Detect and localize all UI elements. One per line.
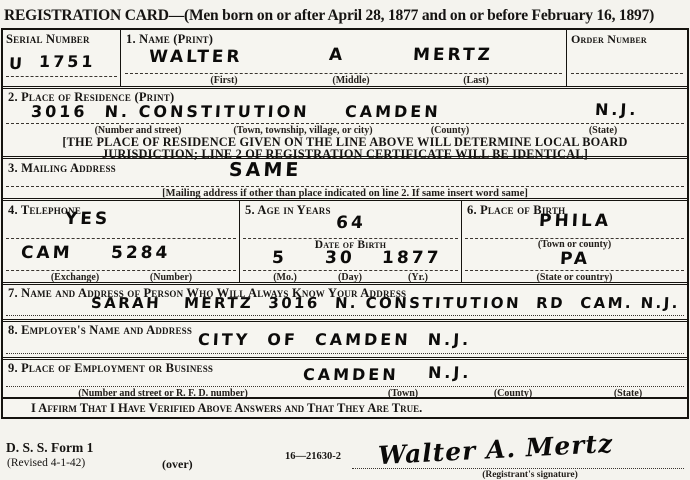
form-number: D. S. S. Form 1 — [6, 440, 93, 456]
employer-label: 8. Employer's Name and Address — [8, 323, 192, 338]
telephone-fill-line2 — [6, 270, 236, 271]
row-mailing-address: 3. Mailing Address SAME [Mailing address… — [3, 156, 687, 198]
registrant-signature: Walter A. Mertz — [377, 429, 613, 470]
row-employment: 9. Place of Employment or Business CAMDE… — [3, 357, 687, 397]
form-revision: (Revised 4-1-42) — [7, 457, 85, 469]
order-number-label: Order Number — [571, 32, 647, 47]
registration-card: Serial Number U 1751 1. Name (Print) WAL… — [1, 28, 689, 419]
serial-fill-line — [6, 76, 117, 77]
place-of-birth-cell: 6. Place of Birth PHILA (Town or county)… — [462, 201, 687, 282]
telephone-fill-line — [6, 238, 236, 239]
order-number-fill-line — [571, 73, 683, 74]
birth-year-value: 1877 — [381, 248, 441, 268]
age-value: 64 — [335, 213, 366, 233]
serial-number-label: Serial Number — [6, 32, 90, 47]
row-serial-name-order: Serial Number U 1751 1. Name (Print) WAL… — [3, 30, 687, 86]
age-label: 5. Age in Years — [245, 203, 331, 218]
residence-state-value: N.J. — [595, 100, 639, 119]
middle-name-value: A — [328, 45, 345, 65]
residence-city-value: CAMDEN — [345, 102, 442, 121]
telephone-exchange-value: CAM — [20, 243, 73, 263]
residence-fill-line — [6, 123, 684, 124]
employer-fill-line — [6, 353, 684, 354]
last-name-value: MERTZ — [412, 45, 493, 65]
row-employer: 8. Employer's Name and Address CITY OF C… — [3, 319, 687, 357]
serial-number-cell: Serial Number U 1751 — [3, 30, 121, 86]
over-note: (over) — [162, 457, 193, 472]
serial-number-value: 1751 — [39, 52, 97, 71]
birth-state-value: PA — [559, 249, 590, 269]
mailing-address-label: 3. Mailing Address — [8, 161, 116, 176]
row-contact-person: 7. Name and Address of Person Who Will A… — [3, 282, 687, 319]
first-name-value: WALTER — [148, 47, 243, 67]
telephone-number-value: 5284 — [110, 243, 170, 263]
mailing-address-value: SAME — [228, 159, 301, 181]
birth-day-value: 30 — [324, 248, 355, 268]
employment-state-value: N.J. — [428, 363, 472, 382]
serial-prefix-value: U — [9, 54, 26, 73]
telephone-value: YES — [64, 209, 110, 229]
name-fill-line — [125, 73, 562, 74]
signature-sublabel: (Registrant's signature) — [482, 470, 578, 480]
employment-town-value: CAMDEN — [303, 365, 400, 384]
name-label: 1. Name (Print) — [126, 32, 213, 47]
row-residence: 2. Place of Residence (Print) 3016 N. CO… — [3, 86, 687, 156]
middle-name-sublabel: (Middle) — [332, 75, 369, 86]
affirmation-text: I Affirm That I Have Verified Above Answ… — [31, 401, 422, 416]
row-affirmation: I Affirm That I Have Verified Above Answ… — [3, 397, 687, 417]
contact-fill-line — [6, 315, 684, 316]
age-cell: 5. Age in Years 64 Date of Birth 5 30 18… — [240, 201, 462, 282]
employment-fill-line — [6, 386, 684, 387]
birth-town-value: PHILA — [538, 211, 611, 231]
birth-state-fill-line — [465, 270, 684, 271]
telephone-cell: 4. Telephone YES CAM 5284 (Exchange) (Nu… — [3, 201, 240, 282]
order-number-cell: Order Number — [567, 30, 687, 86]
employer-value: CITY OF CAMDEN N.J. — [198, 330, 472, 349]
card-footer: D. S. S. Form 1 (Revised 4-1-42) (over) … — [0, 437, 690, 480]
name-cell: 1. Name (Print) WALTER A MERTZ (First) (… — [121, 30, 567, 86]
print-code: 16—21630-2 — [285, 451, 341, 462]
dob-fill-line — [243, 270, 458, 271]
last-name-sublabel: (Last) — [463, 75, 489, 86]
card-title: REGISTRATION CARD—(Men born on or after … — [0, 0, 690, 28]
employment-label: 9. Place of Employment or Business — [8, 361, 213, 376]
first-name-sublabel: (First) — [210, 75, 237, 86]
contact-person-value: SARAH MERTZ 3016 N. CONSTITUTION RD CAM.… — [91, 294, 681, 312]
birth-month-value: 5 — [271, 248, 287, 268]
residence-street-value: 3016 N. CONSTITUTION — [31, 102, 311, 121]
mailing-fill-line — [6, 186, 684, 187]
row-telephone-age-birth: 4. Telephone YES CAM 5284 (Exchange) (Nu… — [3, 198, 687, 282]
